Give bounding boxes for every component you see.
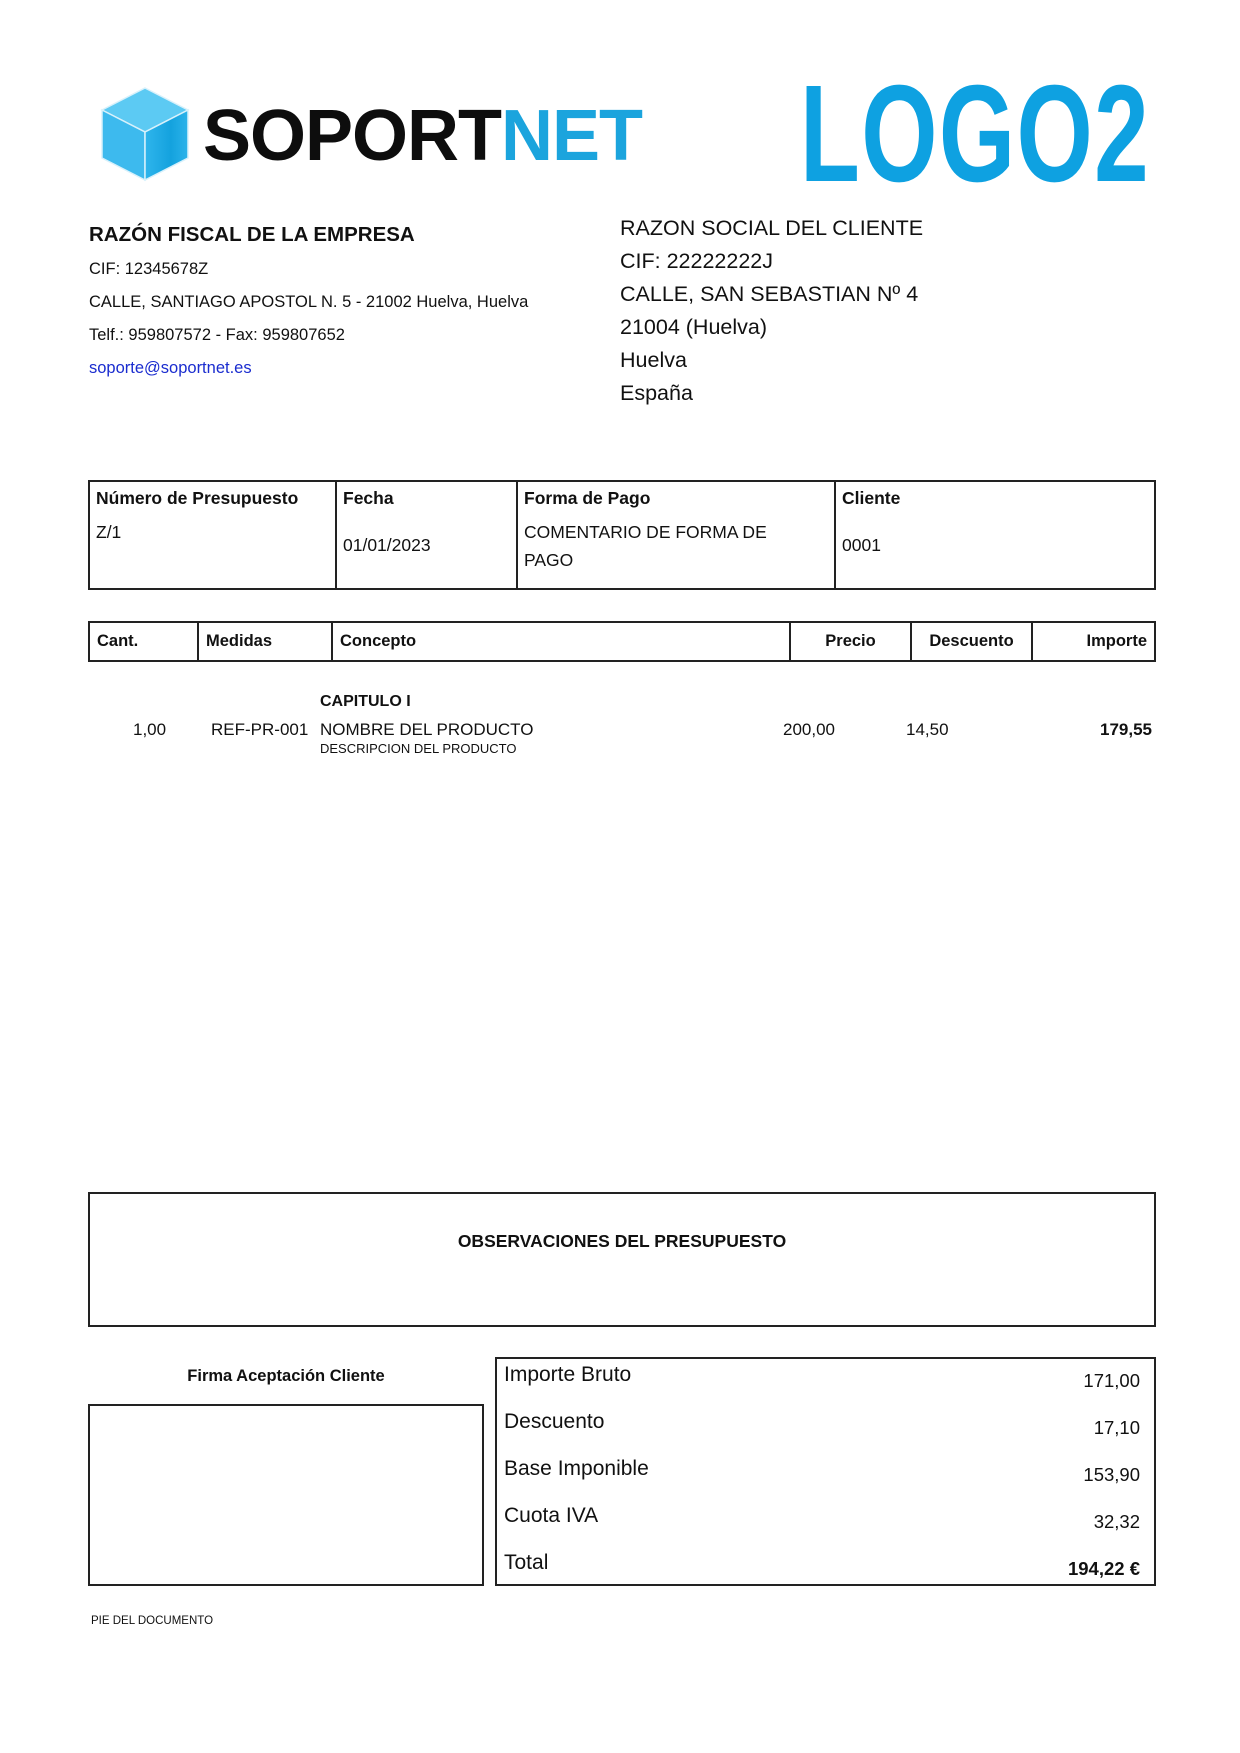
client-cif: CIF: 22222222J bbox=[620, 245, 923, 278]
company-phone-fax: Telf.: 959807572 - Fax: 959807652 bbox=[89, 319, 528, 352]
totals-row-taxable-base: Base Imponible 153,90 bbox=[497, 1453, 1154, 1500]
budget-number-cell: Número de Presupuesto Z/1 bbox=[90, 482, 337, 588]
totals-row-vat: Cuota IVA 32,32 bbox=[497, 1500, 1154, 1547]
company-email-link[interactable]: soporte@soportnet.es bbox=[89, 352, 528, 385]
company-cif: CIF: 12345678Z bbox=[89, 253, 528, 286]
date-cell: Fecha 01/01/2023 bbox=[337, 482, 518, 588]
company-info: RAZÓN FISCAL DE LA EMPRESA CIF: 12345678… bbox=[89, 222, 528, 385]
client-address: CALLE, SAN SEBASTIAN Nº 4 bbox=[620, 278, 923, 311]
col-measures: Medidas bbox=[199, 623, 333, 660]
client-city: Huelva bbox=[620, 344, 923, 377]
observations-title: OBSERVACIONES DEL PRESUPUESTO bbox=[90, 1230, 1154, 1252]
company-name: RAZÓN FISCAL DE LA EMPRESA bbox=[89, 222, 528, 248]
taxable-base-value: 153,90 bbox=[1083, 1463, 1140, 1487]
discount-label: Descuento bbox=[504, 1409, 604, 1435]
col-concept: Concepto bbox=[333, 623, 791, 660]
cube-logo-icon bbox=[100, 86, 190, 182]
total-label: Total bbox=[504, 1550, 548, 1576]
secondary-logo: LOGO2 bbox=[800, 64, 1150, 204]
brand-logo-text: SOPORTNET bbox=[203, 93, 642, 179]
col-discount: Descuento bbox=[912, 623, 1033, 660]
signature-box bbox=[88, 1404, 484, 1586]
document-footer: PIE DEL DOCUMENTO bbox=[91, 1614, 213, 1628]
chapter-title: CAPITULO I bbox=[320, 692, 411, 712]
client-code-value: 0001 bbox=[842, 531, 881, 559]
col-price: Precio bbox=[791, 623, 912, 660]
client-code-cell: Cliente 0001 bbox=[836, 482, 1154, 588]
item-amount: 179,55 bbox=[1100, 720, 1152, 740]
date-header: Fecha bbox=[343, 487, 394, 509]
brand-text-light: NET bbox=[501, 96, 642, 176]
budget-number-value: Z/1 bbox=[96, 518, 121, 546]
totals-box: Importe Bruto 171,00 Descuento 17,10 Bas… bbox=[495, 1357, 1156, 1586]
col-amount: Importe bbox=[1033, 623, 1154, 660]
vat-value: 32,32 bbox=[1094, 1510, 1140, 1534]
totals-row-total: Total 194,22 € bbox=[497, 1547, 1154, 1594]
brand-text-dark: SOPORT bbox=[203, 96, 501, 176]
total-value: 194,22 € bbox=[1068, 1557, 1140, 1581]
client-code-header: Cliente bbox=[842, 487, 900, 509]
col-quantity: Cant. bbox=[90, 623, 199, 660]
observations-box: OBSERVACIONES DEL PRESUPUESTO bbox=[88, 1192, 1156, 1327]
signature-label: Firma Aceptación Cliente bbox=[89, 1365, 483, 1387]
item-discount: 14,50 bbox=[906, 720, 949, 740]
payment-method-header: Forma de Pago bbox=[524, 487, 650, 509]
payment-method-line1: COMENTARIO DE FORMA DE bbox=[524, 518, 767, 546]
gross-value: 171,00 bbox=[1083, 1369, 1140, 1393]
payment-method-line2: PAGO bbox=[524, 546, 573, 574]
items-table-header: Cant. Medidas Concepto Precio Descuento … bbox=[88, 621, 1156, 662]
client-name: RAZON SOCIAL DEL CLIENTE bbox=[620, 212, 923, 245]
budget-number-header: Número de Presupuesto bbox=[96, 487, 298, 509]
item-concept: NOMBRE DEL PRODUCTO bbox=[320, 720, 533, 740]
payment-method-cell: Forma de Pago COMENTARIO DE FORMA DE PAG… bbox=[518, 482, 836, 588]
date-value: 01/01/2023 bbox=[343, 531, 431, 559]
item-quantity: 1,00 bbox=[133, 720, 166, 740]
gross-label: Importe Bruto bbox=[504, 1362, 631, 1388]
item-description: DESCRIPCION DEL PRODUCTO bbox=[320, 741, 516, 757]
item-price: 200,00 bbox=[783, 720, 835, 740]
company-address: CALLE, SANTIAGO APOSTOL N. 5 - 21002 Hue… bbox=[89, 286, 528, 319]
totals-row-discount: Descuento 17,10 bbox=[497, 1406, 1154, 1453]
client-postal: 21004 (Huelva) bbox=[620, 311, 923, 344]
client-info: RAZON SOCIAL DEL CLIENTE CIF: 22222222J … bbox=[620, 212, 923, 410]
item-measures: REF-PR-001 bbox=[211, 720, 308, 740]
totals-row-gross: Importe Bruto 171,00 bbox=[497, 1359, 1154, 1406]
budget-info-table: Número de Presupuesto Z/1 Fecha 01/01/20… bbox=[88, 480, 1156, 590]
taxable-base-label: Base Imponible bbox=[504, 1456, 649, 1482]
client-country: España bbox=[620, 377, 923, 410]
discount-value: 17,10 bbox=[1094, 1416, 1140, 1440]
vat-label: Cuota IVA bbox=[504, 1503, 598, 1529]
